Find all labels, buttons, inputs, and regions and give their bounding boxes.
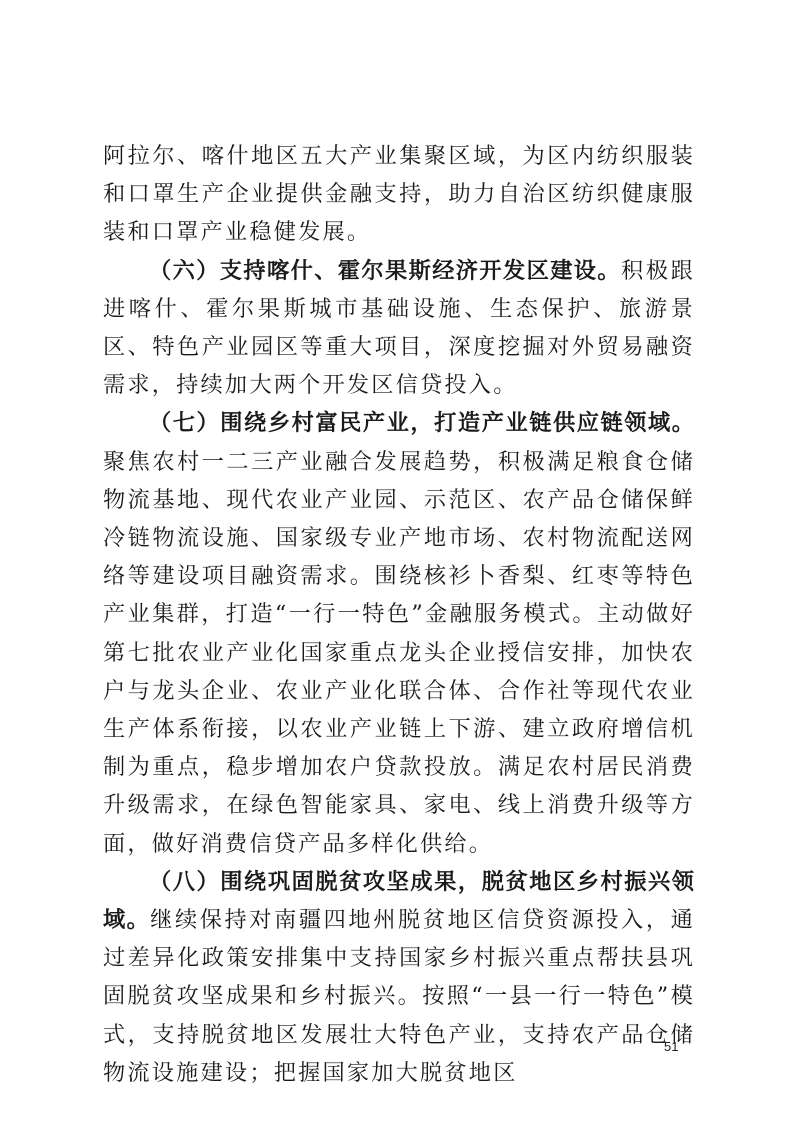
section-heading: （六）支持喀什、霍尔果斯经济开发区建设。	[149, 258, 621, 284]
paragraph-continuation: 阿拉尔、喀什地区五大产业集聚区域，为区内纺织服装和口罩生产企业提供金融支持，助力…	[103, 137, 695, 252]
paragraph-body: 聚焦农村一二三产业融合发展趋势，积极满足粮食仓储物流基地、现代农业产业园、示范区…	[103, 449, 695, 857]
paragraph-body: 继续保持对南疆四地州脱贫地区信贷资源投入，通过差异化政策安排集中支持国家乡村振兴…	[103, 907, 695, 1086]
page-number: 51	[664, 1039, 678, 1054]
paragraph-body: 阿拉尔、喀什地区五大产业集聚区域，为区内纺织服装和口罩生产企业提供金融支持，助力…	[103, 143, 695, 245]
section-heading: （七）围绕乡村富民产业，打造产业链供应链领域。	[149, 410, 695, 436]
paragraph-section-7: （七）围绕乡村富民产业，打造产业链供应链领域。聚焦农村一二三产业融合发展趋势，积…	[103, 404, 695, 862]
paragraph-section-8: （八）围绕巩固脱贫攻坚成果，脱贫地区乡村振兴领域。继续保持对南疆四地州脱贫地区信…	[103, 863, 695, 1092]
paragraph-section-6: （六）支持喀什、霍尔果斯经济开发区建设。积极跟进喀什、霍尔果斯城市基础设施、生态…	[103, 252, 695, 405]
document-body: 阿拉尔、喀什地区五大产业集聚区域，为区内纺织服装和口罩生产企业提供金融支持，助力…	[103, 137, 695, 1092]
